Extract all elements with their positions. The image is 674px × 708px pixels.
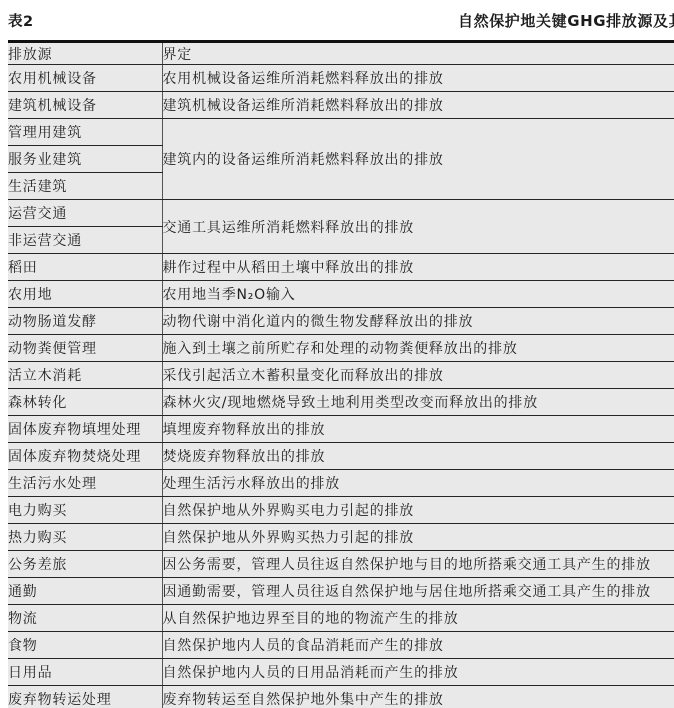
table-row: 电力购买 自然保护地从外界购买电力引起的排放 [8,497,674,524]
source-cell: 通勤 [8,578,162,605]
table-row: 活立木消耗 采伐引起活立木蓄积量变化而释放出的排放 [8,362,674,389]
source-cell: 物流 [8,605,162,632]
table-row: 动物粪便管理 施入到土壤之前所贮存和处理的动物粪便释放出的排放 [8,335,674,362]
definition-cell: 自然保护地内人员的日用品消耗而产生的排放 [162,659,674,686]
table-row: 运营交通 交通工具运维所消耗燃料释放出的排放 [8,200,674,227]
source-cell: 生活污水处理 [8,470,162,497]
header-definition-cell: 界定 [162,42,674,65]
definition-cell: 森林火灾/现地燃烧导致土地利用类型改变而释放出的排放 [162,389,674,416]
source-cell: 日用品 [8,659,162,686]
source-cell: 活立木消耗 [8,362,162,389]
table-row: 稻田 耕作过程中从稻田土壤中释放出的排放 [8,254,674,281]
table-row: 日用品 自然保护地内人员的日用品消耗而产生的排放 [8,659,674,686]
definition-cell: 自然保护地从外界购买热力引起的排放 [162,524,674,551]
definition-cell: 因公务需要，管理人员往返自然保护地与目的地所搭乘交通工具产生的排放 [162,551,674,578]
definition-cell: 农用地当季N₂O输入 [162,281,674,308]
source-cell: 运营交通 [8,200,162,227]
source-cell: 管理用建筑 [8,119,162,146]
table-row: 生活污水处理 处理生活污水释放出的排放 [8,470,674,497]
table-number: 表2 [8,10,34,31]
source-cell: 稻田 [8,254,162,281]
source-cell: 动物粪便管理 [8,335,162,362]
table-row: 热力购买 自然保护地从外界购买热力引起的排放 [8,524,674,551]
table-row: 公务差旅 因公务需要，管理人员往返自然保护地与目的地所搭乘交通工具产生的排放 [8,551,674,578]
table-title: 自然保护地关键GHG排放源及其 [458,10,674,31]
source-cell: 食物 [8,632,162,659]
source-cell: 热力购买 [8,524,162,551]
definition-cell: 废弃物转运至自然保护地外集中产生的排放 [162,686,674,708]
paper-page: 表2 自然保护地关键GHG排放源及其 排放源 界定 农用机械设备 农用机械设备运… [0,0,674,708]
table-row: 通勤 因通勤需要，管理人员往返自然保护地与居住地所搭乘交通工具产生的排放 [8,578,674,605]
header-source-cell: 排放源 [8,42,162,65]
definition-cell: 动物代谢中消化道内的微生物发酵释放出的排放 [162,308,674,335]
table-header-row: 排放源 界定 [8,42,674,65]
source-cell: 动物肠道发酵 [8,308,162,335]
definition-cell: 填埋废弃物释放出的排放 [162,416,674,443]
definition-cell: 建筑内的设备运维所消耗燃料释放出的排放 [162,119,674,200]
source-cell: 农用机械设备 [8,65,162,92]
source-cell: 服务业建筑 [8,146,162,173]
table-row: 动物肠道发酵 动物代谢中消化道内的微生物发酵释放出的排放 [8,308,674,335]
source-cell: 农用地 [8,281,162,308]
table-caption-row: 表2 自然保护地关键GHG排放源及其 [0,0,674,40]
definition-cell: 建筑机械设备运维所消耗燃料释放出的排放 [162,92,674,119]
source-cell: 固体废弃物填埋处理 [8,416,162,443]
definition-cell: 采伐引起活立木蓄积量变化而释放出的排放 [162,362,674,389]
table-row: 食物 自然保护地内人员的食品消耗而产生的排放 [8,632,674,659]
table-row: 森林转化 森林火灾/现地燃烧导致土地利用类型改变而释放出的排放 [8,389,674,416]
definition-cell: 处理生活污水释放出的排放 [162,470,674,497]
definition-cell: 施入到土壤之前所贮存和处理的动物粪便释放出的排放 [162,335,674,362]
table-row: 固体废弃物焚烧处理 焚烧废弃物释放出的排放 [8,443,674,470]
definition-cell: 耕作过程中从稻田土壤中释放出的排放 [162,254,674,281]
table-row: 农用机械设备 农用机械设备运维所消耗燃料释放出的排放 [8,65,674,92]
table-row: 管理用建筑 建筑内的设备运维所消耗燃料释放出的排放 [8,119,674,146]
definition-cell: 交通工具运维所消耗燃料释放出的排放 [162,200,674,254]
table-row: 农用地 农用地当季N₂O输入 [8,281,674,308]
table-row: 物流 从自然保护地边界至目的地的物流产生的排放 [8,605,674,632]
source-cell: 生活建筑 [8,173,162,200]
definition-cell: 因通勤需要，管理人员往返自然保护地与居住地所搭乘交通工具产生的排放 [162,578,674,605]
source-cell: 废弃物转运处理 [8,686,162,708]
definition-cell: 自然保护地内人员的食品消耗而产生的排放 [162,632,674,659]
source-cell: 非运营交通 [8,227,162,254]
definition-cell: 农用机械设备运维所消耗燃料释放出的排放 [162,65,674,92]
source-cell: 森林转化 [8,389,162,416]
source-cell: 固体废弃物焚烧处理 [8,443,162,470]
source-cell: 建筑机械设备 [8,92,162,119]
table-row: 固体废弃物填埋处理 填埋废弃物释放出的排放 [8,416,674,443]
source-cell: 电力购买 [8,497,162,524]
definition-cell: 焚烧废弃物释放出的排放 [162,443,674,470]
table-row: 建筑机械设备 建筑机械设备运维所消耗燃料释放出的排放 [8,92,674,119]
definition-cell: 自然保护地从外界购买电力引起的排放 [162,497,674,524]
definition-cell: 从自然保护地边界至目的地的物流产生的排放 [162,605,674,632]
source-cell: 公务差旅 [8,551,162,578]
table-row: 废弃物转运处理 废弃物转运至自然保护地外集中产生的排放 [8,686,674,708]
ghg-sources-table: 排放源 界定 农用机械设备 农用机械设备运维所消耗燃料释放出的排放 建筑机械设备… [8,40,674,708]
